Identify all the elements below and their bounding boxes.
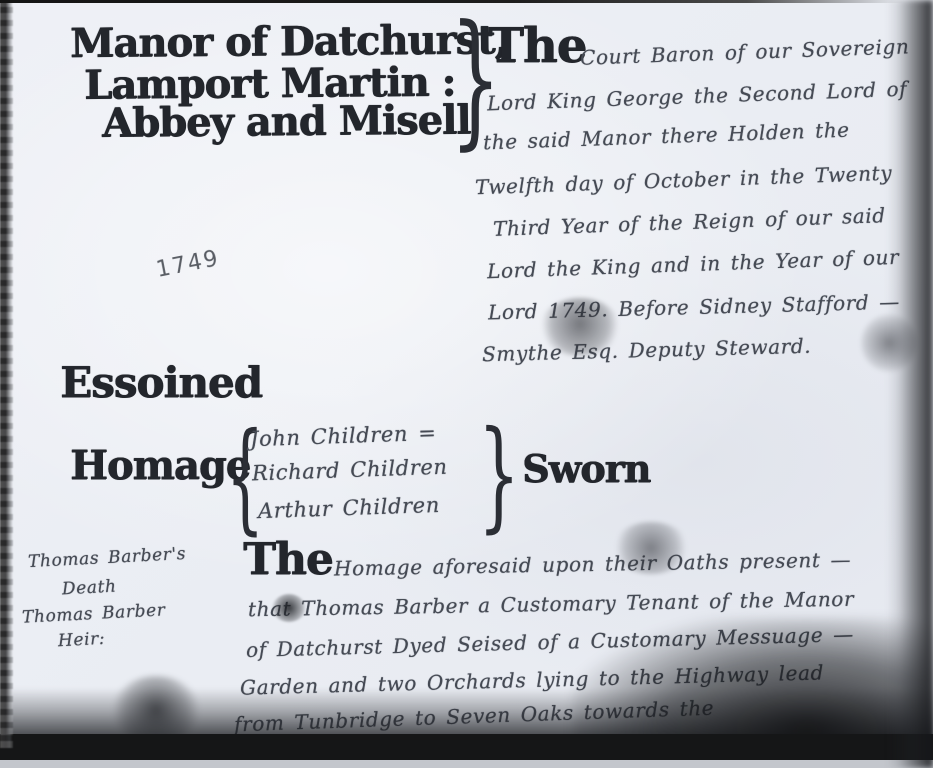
opening-line-4: Twelfth day of October in the Twenty: [475, 161, 893, 200]
homage-name-1: John Children =: [250, 421, 437, 451]
opening-line-3: the said Manor there Holden the: [483, 118, 850, 155]
ink-blot-deputy: [540, 298, 620, 356]
homage-name-2: Richard Children: [252, 455, 448, 486]
manor-title-line-3: Abbey and Misell: [102, 96, 471, 146]
homage-name-3: Arthur Children: [258, 493, 441, 523]
scan-edge-bottom-band: [0, 734, 933, 760]
margin-note-line-4: Heir:: [58, 629, 106, 651]
opening-line-6: Lord the King and in the Year of our: [487, 245, 900, 283]
presentment-initial-the: The: [243, 534, 333, 585]
ink-blot-oaths: [612, 522, 690, 574]
presentment-line-1: Homage aforesaid upon their Oaths presen…: [334, 547, 851, 580]
opening-line-2: Lord King George the Second Lord of: [487, 77, 908, 116]
scan-strip-bottom: [0, 760, 933, 768]
homage-sworn-label: Sworn: [522, 446, 650, 491]
pencil-year-annotation: 1749: [154, 246, 222, 283]
opening-initial-the: The: [488, 18, 586, 74]
manuscript-page: Manor of Datchurst, Lamport Martin : Abb…: [0, 0, 933, 768]
opening-line-1: Court Baron of our Sovereign: [580, 34, 910, 69]
scan-edge-top: [0, 0, 933, 3]
presentment-line-2: that Thomas Barber a Customary Tenant of…: [248, 587, 854, 622]
homage-close-brace: }: [478, 416, 520, 536]
scan-edge-left: [0, 0, 13, 748]
opening-line-5: Third Year of the Reign of our said: [493, 203, 886, 241]
margin-note-line-3: Thomas Barber: [22, 600, 166, 627]
essoined-heading: Essoined: [60, 358, 262, 407]
margin-note-line-2: Death: [62, 577, 118, 600]
scan-edge-right: [887, 0, 933, 768]
ink-blot-small: [272, 594, 306, 622]
homage-heading: Homage: [70, 442, 250, 489]
opening-line-8: Smythe Esq. Deputy Steward.: [482, 334, 812, 367]
margin-note-line-1: Thomas Barber's: [28, 544, 187, 572]
